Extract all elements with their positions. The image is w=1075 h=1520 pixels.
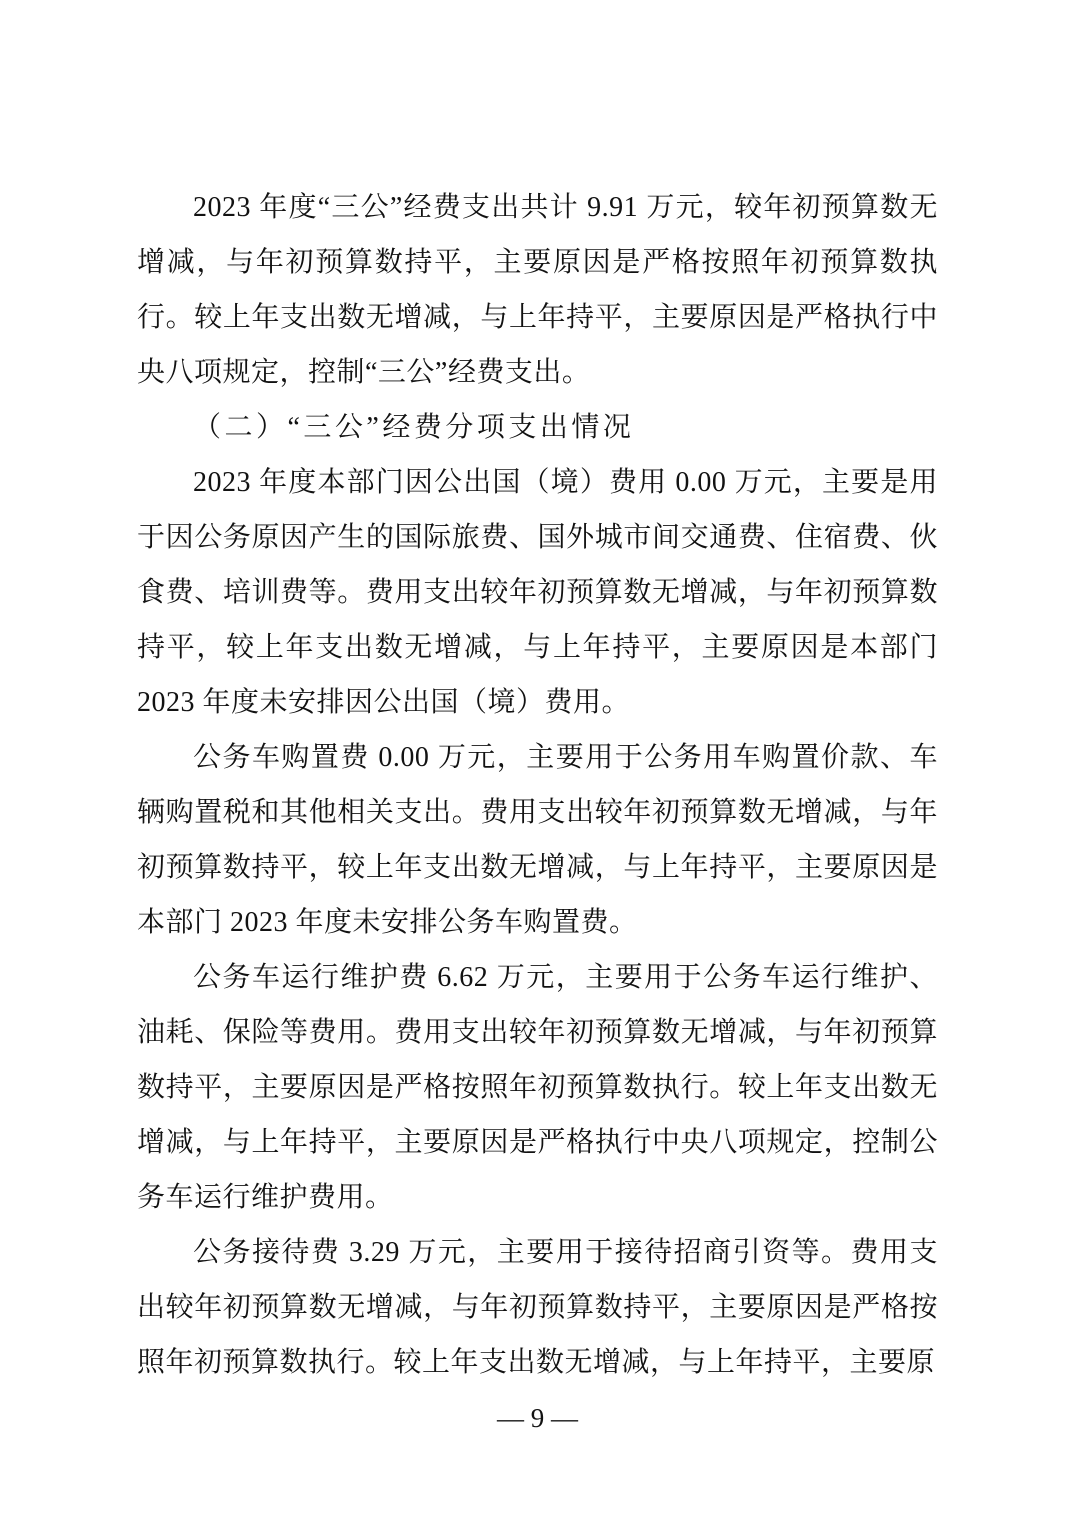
document-body: 2023 年度“三公”经费支出共计 9.91 万元，较年初预算数无增减，与年初预…: [137, 180, 938, 1390]
paragraph-vehicle-purchase-expense: 公务车购置费 0.00 万元，主要用于公务用车购置价款、车辆购置税和其他相关支出…: [137, 730, 938, 950]
section-heading-sangong-breakdown: （二）“三公”经费分项支出情况: [137, 400, 938, 455]
page-footer: — 9 —: [0, 1398, 1075, 1438]
paragraph-sangong-total-expense: 2023 年度“三公”经费支出共计 9.91 万元，较年初预算数无增减，与年初预…: [137, 180, 938, 400]
paragraph-overseas-travel-expense: 2023 年度本部门因公出国（境）费用 0.00 万元，主要是用于因公务原因产生…: [137, 455, 938, 730]
page-number: — 9 —: [497, 1403, 578, 1433]
paragraph-official-reception-expense: 公务接待费 3.29 万元，主要用于接待招商引资等。费用支出较年初预算数无增减，…: [137, 1225, 938, 1390]
document-page: 2023 年度“三公”经费支出共计 9.91 万元，较年初预算数无增减，与年初预…: [0, 0, 1075, 1520]
paragraph-vehicle-maintenance-expense: 公务车运行维护费 6.62 万元，主要用于公务车运行维护、油耗、保险等费用。费用…: [137, 950, 938, 1225]
